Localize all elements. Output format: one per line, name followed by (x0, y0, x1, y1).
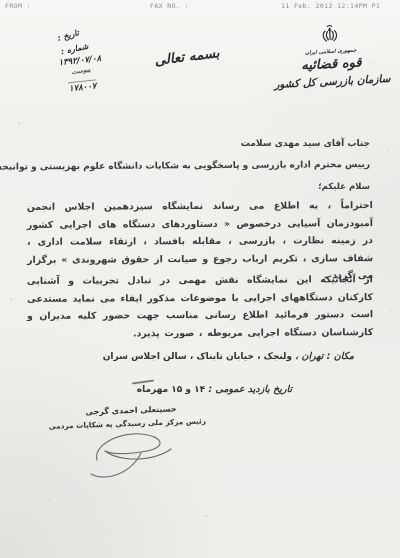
recipient-block: جناب آقای سید مهدی سلامت رییس محترم ادار… (28, 139, 370, 192)
signature-block: حسینعلی احمدی گرجی رئیس مرکز ملی رسیدگی … (56, 406, 206, 486)
event-visit-date-value: ۱۴ و ۱۵ مهرماه (137, 385, 209, 395)
recipient-name: جناب آقای سید مهدی سلامت (28, 139, 370, 149)
fax-transmission-header: FROM : FAX NO. : 11 Feb. 2012 12:14PM P1 (0, 2, 400, 14)
recipient-title: رییس محترم اداره بازرسی و پاسخگویی به شک… (28, 160, 370, 172)
fax-timestamp: 11 Feb. 2012 12:14PM P1 (281, 2, 380, 10)
bismillah-calligraphy: بسمه تعالی (131, 42, 242, 71)
scan-speckle (10, 298, 12, 300)
scan-speckle (372, 62, 374, 63)
fax-from-label: FROM : (5, 2, 31, 10)
iran-emblem-icon (318, 23, 341, 48)
salutation: سلام علیکم؛ (28, 182, 370, 192)
fax-number-label: FAX NO. : (150, 2, 189, 10)
letter-meta-block: تاریخ : شماره : ۱۳۹۲/۰۷/۰۸ پیوست ۱۷۸۰۰۷ (25, 25, 135, 100)
scan-speckle (150, 338, 152, 339)
signature-scribble-icon (83, 424, 179, 486)
scan-speckle (205, 515, 207, 517)
event-location-line: مکان : تهران ، ولنجک ، خیابان تابناک ، س… (103, 351, 354, 362)
event-visit-date-line: تاریخ بازدید عمومی : ۱۴ و ۱۵ مهرماه (137, 384, 292, 395)
letterhead: جمهوری اسلامی ایران قوه قضائیه سازمان با… (270, 21, 391, 91)
scan-speckle (388, 150, 389, 152)
scan-speckle (390, 310, 392, 311)
scan-speckle (60, 190, 61, 191)
signer-name: حسینعلی احمدی گرجی (56, 403, 206, 417)
scan-speckle (48, 500, 50, 501)
event-location-label: مکان : تهران ، (295, 351, 354, 362)
scan-speckle (18, 122, 20, 124)
body-paragraph-2: از آنجائیکه این نمایشگاه نقش مهمی در تبا… (27, 271, 373, 343)
scan-speckle (338, 478, 339, 479)
event-visit-date-label: تاریخ بازدید عمومی : (208, 384, 292, 395)
event-location-value: ولنجک ، خیابان تابناک ، سالن اجلاس سران (103, 352, 295, 362)
scanned-fax-letter: FROM : FAX NO. : 11 Feb. 2012 12:14PM P1… (0, 0, 400, 558)
letterhead-judiciary: قوه قضائیه (272, 54, 391, 75)
handwritten-number-value: ۱۷۸۰۰۷ (68, 79, 97, 94)
letterhead-organization: سازمان بازرسی کل کشور (273, 73, 391, 91)
